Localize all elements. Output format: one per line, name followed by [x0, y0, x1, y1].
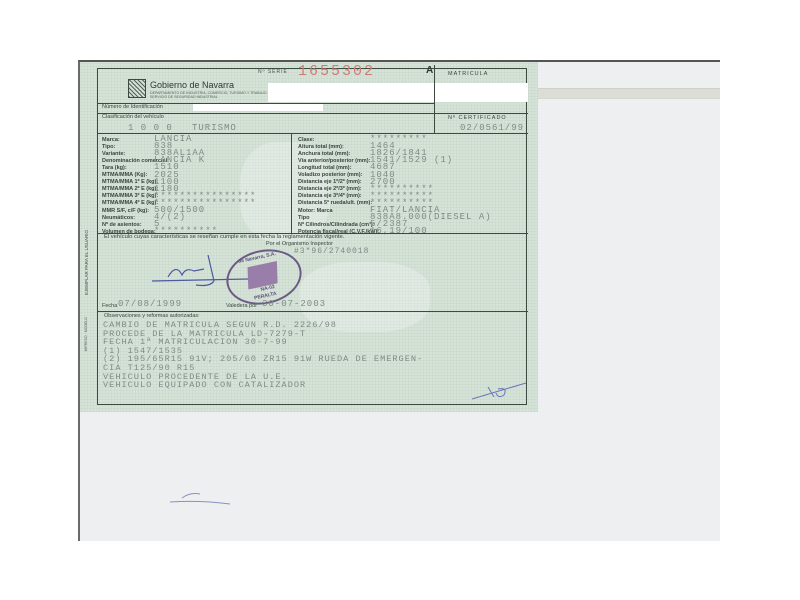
field-label: MTMA/MMA 2º E (kg): — [102, 186, 158, 192]
vehicle-inspection-card: EJEMPLAR PARA EL USUARIO IMPRESO · MODEL… — [80, 62, 538, 412]
serial-label: Nº SERIE — [258, 69, 288, 75]
classification-label: Clasificación del vehículo — [102, 114, 164, 120]
field-label: Anchura total (mm): — [298, 151, 350, 157]
card-frame: Gobierno de Navarra DEPARTAMENTO DE INDU… — [97, 68, 527, 405]
redacted-matricula — [268, 83, 528, 102]
authority-name: Gobierno de Navarra — [150, 80, 234, 90]
field-label: Altura total (mm): — [298, 144, 344, 150]
valid-label: Valedera por — [226, 303, 257, 309]
field-label: Voladizo posterior (mm): — [298, 172, 362, 178]
field-label: MTMA/MMA 1º E (kg): — [102, 179, 158, 185]
classification-value: TURISMO — [192, 123, 237, 133]
date-value: 07/08/1999 — [118, 299, 182, 309]
compliance-text: El vehículo cuyas características se res… — [104, 234, 344, 240]
valid-value: 30-07-2003 — [262, 299, 326, 309]
certificate-label: Nº CERTIFICADO — [448, 115, 507, 121]
field-label: Distancia 5ª rueda/ult. (mm): — [298, 200, 372, 206]
department: DEPARTAMENTO DE INDUSTRIA, COMERCIO, TUR… — [150, 91, 267, 99]
field-label: Distancia eje 1º/2º (mm): — [298, 179, 362, 185]
field-label: Motor: Marca — [298, 208, 333, 214]
observations-label: Observaciones y reformas autorizadas: — [104, 313, 200, 319]
field-label: MTMA/MMA (Kg): — [102, 172, 147, 178]
tape-strip — [536, 88, 720, 99]
observations-list: CAMBIO DE MATRICULA SEGUN R.D. 2226/98PR… — [103, 321, 423, 390]
field-label: Nº de asientos: — [102, 222, 142, 228]
id-label: Número de Identificación — [102, 104, 163, 110]
field-label: MTMA/MMA 3º E (kg): — [102, 193, 158, 199]
observation-line: VEHICULO EQUIPADO CON CATALIZADOR — [103, 381, 423, 390]
field-label: Longitud total (mm): — [298, 165, 351, 171]
field-label: Nº Cilindros/Cilindrada (cm³): — [298, 222, 375, 228]
field-label: Variante: — [102, 151, 125, 157]
side-print: IMPRESO · MODELO — [84, 317, 88, 351]
date-label: Fecha — [102, 303, 117, 309]
field-label: MTMA/MMA 4º E (kg): — [102, 200, 158, 206]
field-label: Distancia eje 3º/4º (mm): — [298, 193, 362, 199]
coat-of-arms-icon — [128, 79, 146, 98]
serial-number: 1655302 — [298, 63, 375, 80]
field-label: MMR S/F, c/F (kg): — [102, 208, 149, 214]
serial-suffix: A — [426, 65, 433, 76]
field-label: Clase: — [298, 137, 315, 143]
matricula-label: MATRICULA — [448, 71, 488, 77]
field-value: 16,19/100 — [370, 226, 428, 236]
field-label: Neumáticos: — [102, 215, 135, 221]
side-label: EJEMPLAR PARA EL USUARIO — [84, 230, 89, 295]
redacted-id — [193, 104, 323, 111]
field-label: Tipo: — [102, 144, 115, 150]
inspector-code: #3*96/2740018 — [294, 247, 369, 256]
pen-mark — [160, 490, 240, 510]
field-label: Tara (kg): — [102, 165, 127, 171]
classification-code: 1 0 0 0 — [128, 123, 173, 133]
field-label: Marca: — [102, 137, 120, 143]
initials-mark — [470, 379, 530, 403]
field-label: Vía anterior/posterior (mm): — [298, 158, 370, 164]
field-label: Distancia eje 2º/3º (mm): — [298, 186, 362, 192]
certificate-number: 02/0561/99 — [460, 123, 524, 133]
field-label: Tipo — [298, 215, 310, 221]
